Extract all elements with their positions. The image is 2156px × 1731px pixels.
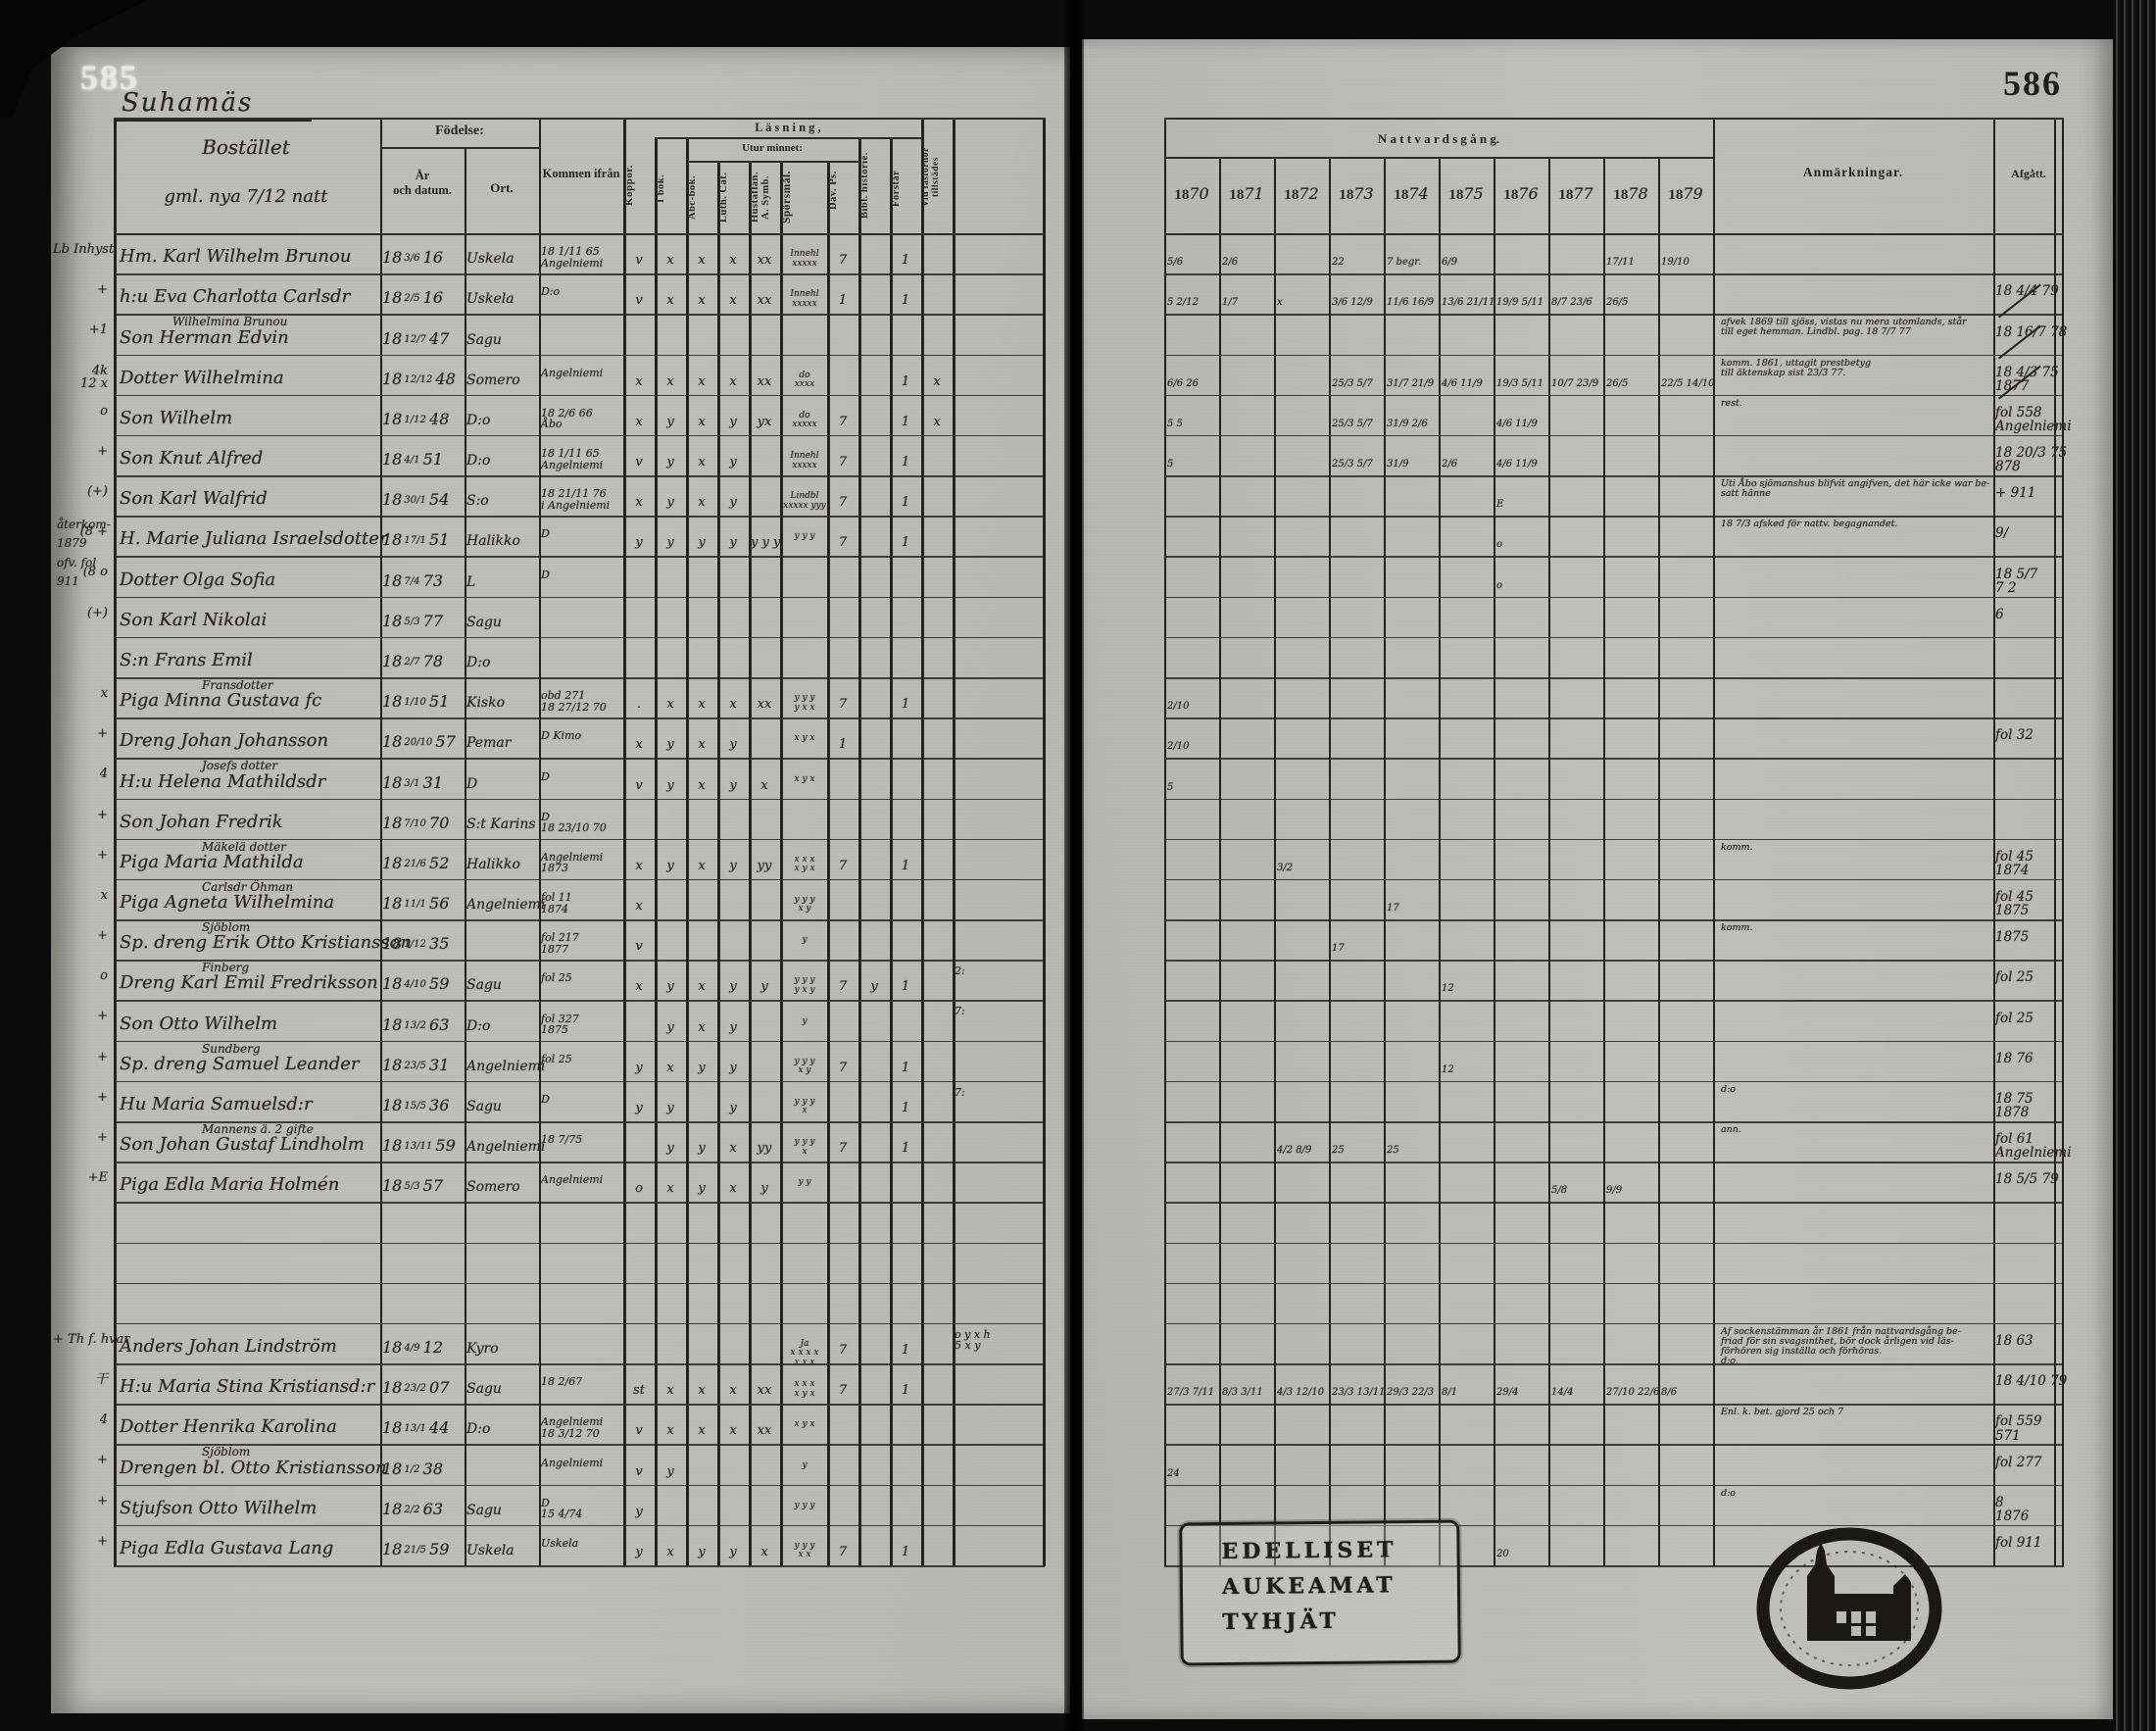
- reading-mark-ib: y: [657, 779, 684, 793]
- birth-place: Uskela: [466, 292, 537, 307]
- entry-name: Anders Johan Lindström: [120, 1338, 376, 1357]
- anmarkningar-header: Anmärkningar.: [1713, 165, 1993, 180]
- reading-mark-hust: yy: [751, 1142, 778, 1156]
- stamp-line: TYHJÄT: [1222, 1607, 1457, 1636]
- row-line: [1164, 717, 2064, 719]
- kommen-ifran-value: 18 1/11 65Angelniemi: [541, 448, 623, 470]
- kommen-ifran-value: fol 25: [541, 972, 623, 984]
- birth-date: 18 1/12 35: [382, 936, 461, 953]
- nattvardsgang-header: N a t t v a r d s g å n g.: [1164, 131, 1713, 147]
- margin-mark: +: [53, 1454, 108, 1467]
- row-line: [1164, 1323, 2064, 1325]
- year-column-line: [1384, 157, 1386, 1566]
- sporsmal-marks: x y x: [782, 734, 827, 743]
- entry-name: Piga Minna Gustava fc: [120, 692, 376, 711]
- departed-value: fol 451874: [1995, 850, 2056, 877]
- reading-mark-fo: 1: [892, 496, 919, 510]
- communion-mark-1877: 5/8: [1551, 1186, 1602, 1197]
- birth-date: 18 4/1 51: [382, 452, 461, 469]
- reading-mark-fo: 1: [892, 1344, 919, 1358]
- communion-mark-1875: 4/6 11/9: [1442, 379, 1493, 390]
- departed-value: 18 76: [1995, 1052, 2056, 1065]
- communion-mark-1879: 8/6: [1661, 1388, 1712, 1399]
- entry-subname: Finberg: [202, 962, 378, 974]
- reading-mark-cat: x: [719, 1424, 747, 1438]
- reading-mark-k: .: [625, 698, 653, 712]
- communion-mark-1870: 2/10: [1167, 742, 1218, 753]
- kommen-ifran-value: D: [541, 1094, 623, 1106]
- sporsmal-marks: Jax x x xx x x: [782, 1340, 827, 1367]
- birth-place: S:o: [466, 494, 537, 509]
- communion-mark-1876: E: [1496, 500, 1547, 511]
- remark-note: d:o: [1721, 1489, 1987, 1499]
- communion-mark-1877: 14/4: [1551, 1388, 1602, 1399]
- communion-mark-1871: 8/3 3/11: [1222, 1388, 1273, 1399]
- communion-mark-1875: 12: [1442, 1065, 1493, 1076]
- header-line: [114, 233, 1045, 235]
- reading-mark-ib: y: [657, 738, 684, 752]
- entry-name: Piga Edla Maria Holmén: [120, 1176, 376, 1195]
- communion-mark-1872: 4/3 12/10: [1277, 1388, 1328, 1399]
- sporsmal-marks: y y yx x: [782, 1542, 827, 1560]
- row-line: [1164, 1283, 2064, 1285]
- column-line: [1713, 118, 1715, 1566]
- place-title: Suhamäs: [114, 88, 312, 122]
- reading-mark-k: x: [625, 980, 653, 994]
- communion-mark-1876: o: [1496, 581, 1547, 592]
- reading-mark-dav: 7: [829, 860, 857, 873]
- birth-date: 18 7/4 73: [382, 573, 461, 590]
- reading-mark-fo: 1: [892, 1062, 919, 1075]
- entry-name: Son Otto Wilhelm: [120, 1015, 376, 1034]
- bostalle-mantal: gml. nya 7/12 natt: [133, 186, 359, 207]
- reading-mark-abc: y: [688, 1062, 715, 1075]
- reading-mark-abc: x: [688, 1384, 715, 1398]
- year-column-line: [1439, 157, 1441, 1566]
- year-header-1875: 1875: [1439, 184, 1494, 204]
- entry-name: h:u Eva Charlotta Carlsdr: [120, 288, 376, 307]
- sporsmal-marks: x y x: [782, 1420, 827, 1429]
- row-line: [114, 1081, 1045, 1083]
- row-line: [1164, 597, 2064, 599]
- margin-mark: 4k12 x: [53, 365, 108, 391]
- reading-mark-k: x: [625, 860, 653, 873]
- margin-mark: (+): [53, 607, 108, 620]
- ar-och-datum-header: År och datum.: [382, 169, 463, 198]
- remark-note: ann.: [1721, 1125, 1987, 1135]
- communion-mark-1875: 6/9: [1442, 258, 1493, 269]
- header-line: [686, 161, 858, 163]
- reading-mark-ib: y: [657, 1142, 684, 1156]
- year-header-1879: 1879: [1658, 184, 1713, 204]
- row-line: [1164, 1081, 2064, 1083]
- reading-mark-hust: xx: [751, 294, 778, 308]
- reading-mark-dav: 7: [829, 496, 857, 510]
- departed-value: 18 4/10 79: [1995, 1374, 2056, 1388]
- communion-mark-1875: 12: [1442, 984, 1493, 995]
- year-header-1872: 1872: [1274, 184, 1329, 204]
- communion-mark-1870: 27/3 7/11: [1167, 1388, 1218, 1399]
- birth-place: Halikko: [466, 534, 537, 549]
- row-line: [114, 1565, 1045, 1567]
- entry-name: Dotter Olga Sofia: [120, 571, 376, 590]
- kommen-ifran-value: Uskela: [541, 1538, 623, 1550]
- communion-mark-1873: 22: [1332, 258, 1383, 269]
- year-header-1874: 1874: [1384, 184, 1439, 204]
- margin-mark: 4: [53, 767, 108, 781]
- birth-date: 18 17/1 51: [382, 532, 461, 549]
- margin-mark: +: [53, 727, 108, 741]
- birth-date: 18 3/1 31: [382, 775, 461, 792]
- row-line: [1164, 355, 2064, 357]
- entry-name: Piga Agneta Wilhelmina: [120, 894, 376, 913]
- row-line: [1164, 435, 2064, 437]
- bostalle-label: Bostället: [172, 135, 319, 159]
- entry-name: Dreng Johan Johansson: [120, 732, 376, 751]
- reading-mark-cat: x: [719, 1384, 747, 1398]
- kommen-ifran-value: fol 2171877: [541, 932, 623, 955]
- birth-date: 18 1/2 38: [382, 1461, 461, 1478]
- entry-name: Son Herman Edvin: [120, 329, 376, 348]
- remark-note: Uti Åbo sjömanshus blifvit angifven, det…: [1721, 479, 1987, 499]
- row-line: [114, 273, 1045, 275]
- remark-note: komm. 1861, uttagit prestbetygtill äkten…: [1721, 359, 1987, 378]
- birth-date: 18 21/5 59: [382, 1542, 461, 1558]
- row-line: [114, 475, 1045, 477]
- book-page-edges: [2113, 0, 2156, 1731]
- reading-mark-hust: yx: [751, 416, 778, 429]
- birth-date: 18 13/11 59: [382, 1138, 461, 1155]
- kommen-ifran-value: 18 2/67: [541, 1376, 623, 1388]
- reading-mark-dav: 7: [829, 1142, 857, 1156]
- remark-note: Af sockenstämman år 1861 från nattvardsg…: [1721, 1327, 1987, 1366]
- margin-mark: +: [53, 1535, 108, 1549]
- departed-value: + 911: [1995, 486, 2056, 500]
- margin-mark: +: [53, 809, 108, 822]
- kommen-ifran-value: D15 4/74: [541, 1498, 623, 1520]
- year-column-line: [1494, 157, 1495, 1566]
- reading-mark-dav: 7: [829, 1344, 857, 1358]
- entry-subname: Mannens ä. 2 gifte: [202, 1123, 378, 1136]
- left-table: Bostället gml. nya 7/12 natt Födelse: År…: [114, 118, 1045, 1566]
- stamp-line: EDELLISET: [1221, 1537, 1456, 1565]
- column-line: [623, 118, 626, 1566]
- year-column-line: [1603, 157, 1605, 1566]
- reading-mark-k: x: [625, 496, 653, 510]
- lasning-header: L ä s n i n g ,: [655, 121, 921, 135]
- birth-place: Kyro: [466, 1342, 537, 1357]
- reading-mark-abc: x: [688, 1424, 715, 1438]
- birth-date: 18 3/6 16: [382, 250, 461, 267]
- reading-mark-hust: yy: [751, 860, 778, 873]
- row-line: [114, 1162, 1045, 1163]
- communion-mark-1872: 4/2 8/9: [1277, 1146, 1328, 1157]
- year-column-line: [1548, 157, 1550, 1566]
- reading-mark-vid: x: [923, 416, 951, 429]
- margin-mark: +1: [53, 323, 108, 337]
- communion-mark-1875: 2/6: [1442, 460, 1493, 470]
- communion-mark-1877: 10/7 23/9: [1551, 379, 1602, 390]
- reading-mark-fo: 1: [892, 536, 919, 550]
- reading-mark-abc: x: [688, 980, 715, 994]
- row-line: [1164, 1485, 2064, 1487]
- reading-mark-k: v: [625, 1465, 653, 1479]
- reading-mark-abc: y: [688, 1182, 715, 1196]
- communion-mark-1873: 25/3 5/7: [1332, 420, 1383, 430]
- communion-mark-1876: 4/6 11/9: [1496, 420, 1547, 430]
- reading-mark-hust: x: [751, 1546, 778, 1559]
- reading-mark-vid: x: [923, 375, 951, 389]
- reading-mark-abc: x: [688, 779, 715, 793]
- kommen-ifran-value: Angelniemi: [541, 1174, 623, 1186]
- kommen-ifran-value: 18 21/11 76i Angelniemi: [541, 488, 623, 511]
- birth-date: 18 2/5 16: [382, 290, 461, 307]
- communion-mark-1874: 11/6 16/9: [1387, 298, 1438, 309]
- row-line: [1164, 839, 2064, 841]
- birth-date: 18 21/6 52: [382, 856, 461, 872]
- birth-date: 18 23/5 31: [382, 1058, 461, 1074]
- row-line: [114, 799, 1045, 801]
- birth-date: 18 23/2 07: [382, 1380, 461, 1397]
- book-gutter-shadow: [1064, 0, 1084, 1731]
- margin-mark: 4: [53, 1413, 108, 1427]
- communion-mark-1874: 31/9 2/6: [1387, 420, 1438, 430]
- row-line: [114, 717, 1045, 719]
- column-line: [858, 137, 861, 1566]
- entry-name: Drengen bl. Otto Kristiansson: [120, 1459, 376, 1478]
- header-line: [1164, 233, 2064, 235]
- reading-mark-k: y: [625, 1546, 653, 1559]
- reading-mark-fo: 1: [892, 980, 919, 994]
- column-line: [655, 137, 658, 1566]
- reading-mark-cat: x: [719, 1142, 747, 1156]
- birth-place: Somero: [466, 373, 537, 388]
- communion-mark-1876: 4/6 11/9: [1496, 460, 1547, 470]
- birth-date: 18 13/2 63: [382, 1017, 461, 1034]
- reading-mark-ib: y: [657, 1021, 684, 1035]
- kommen-ifran-value: D:o: [541, 286, 623, 298]
- row-line: [114, 1404, 1045, 1406]
- reading-mark-hust: xx: [751, 254, 778, 268]
- reading-mark-ib: x: [657, 1062, 684, 1075]
- sporsmal-header: Spörsmål.: [781, 163, 826, 231]
- birth-date: 18 12/7 47: [382, 331, 461, 348]
- row-line: [114, 1525, 1045, 1527]
- kommen-ifran-value: Angelniemi: [541, 368, 623, 379]
- reading-mark-k: x: [625, 900, 653, 914]
- reading-mark-cat: x: [719, 294, 747, 308]
- entry-name: Son Knut Alfred: [120, 450, 376, 469]
- year-column-line: [1164, 118, 1166, 1566]
- birth-date: 18 5/3 77: [382, 614, 461, 630]
- ort-header: Ort.: [465, 180, 539, 196]
- reading-mark-cat: y: [719, 496, 747, 510]
- birth-place: Angelniemi: [466, 1140, 537, 1155]
- entry-subname: Mäkelä dotter: [202, 841, 378, 854]
- kommen-ifran-value: D Kimo: [541, 730, 623, 742]
- communion-mark-1874: 31/7 21/9: [1387, 379, 1438, 390]
- kommen-ifran-value: 18 7/75: [541, 1134, 623, 1146]
- margin-mark: 干: [53, 1373, 108, 1387]
- row-line: [114, 1323, 1045, 1325]
- reading-mark-k: x: [625, 416, 653, 429]
- kommen-ifran-value: D18 23/10 70: [541, 812, 623, 834]
- reading-mark-ib: x: [657, 698, 684, 712]
- sporsmal-marks: x x xx y x: [782, 1380, 827, 1399]
- header-line: [380, 147, 539, 149]
- birth-place: Sagu: [466, 978, 537, 993]
- reading-mark-abc: x: [688, 738, 715, 752]
- reading-mark-dav: 1: [829, 738, 857, 752]
- remark-note: komm.: [1721, 843, 1987, 853]
- birth-place: Halikko: [466, 858, 537, 872]
- margin-mark: +: [53, 1010, 108, 1023]
- margin-mark: +: [53, 1091, 108, 1105]
- entry-name: H. Marie Juliana Israelsdotter: [120, 530, 376, 549]
- remark-note: rest.: [1721, 399, 1987, 409]
- forstar-header: Förstår: [891, 145, 920, 231]
- departed-value: 18 751878: [1995, 1092, 2056, 1119]
- right-page-586: 586 N a t t v a r d s g å n g. Anmärknin…: [1082, 39, 2113, 1719]
- communion-mark-1870: 5: [1167, 460, 1218, 470]
- reading-mark-ib: y: [657, 456, 684, 470]
- reading-mark-bibl: y: [860, 980, 888, 994]
- header-line: [114, 118, 1045, 120]
- communion-mark-1878: 26/5: [1606, 379, 1657, 390]
- departed-value: fol 25: [1995, 1012, 2056, 1025]
- communion-mark-1879: 22/5 14/10: [1661, 379, 1712, 390]
- birth-place: Pemar: [466, 736, 537, 751]
- reading-mark-cat: x: [719, 375, 747, 389]
- row-line: [114, 1283, 1045, 1285]
- year-column-line: [1274, 157, 1276, 1566]
- communion-mark-1871: 2/6: [1222, 258, 1273, 269]
- row-line: [114, 1202, 1045, 1204]
- year-header-1876: 1876: [1494, 184, 1548, 204]
- entry-subname: Josefs dotter: [202, 760, 378, 772]
- row-line: [114, 556, 1045, 558]
- entry-name: Son Johan Fredrik: [120, 814, 376, 832]
- reading-mark-k: v: [625, 456, 653, 470]
- birth-place: S:t Karins: [466, 817, 537, 832]
- departed-value: 18 5/5 79: [1995, 1172, 2056, 1186]
- reading-mark-cat: y: [719, 1021, 747, 1035]
- birth-date: 18 13/1 44: [382, 1420, 461, 1437]
- birth-place: Angelniemi: [466, 898, 537, 913]
- reading-mark-k: v: [625, 779, 653, 793]
- departed-value: fol 277: [1995, 1456, 2056, 1469]
- reading-mark-cat: y: [719, 738, 747, 752]
- row-line: [1164, 1041, 2064, 1043]
- bibl-historie-header: Bibl. historie.: [859, 139, 889, 231]
- birth-date: 18 2/7 78: [382, 654, 461, 670]
- row-line: [1164, 879, 2064, 881]
- year-column-line: [1329, 157, 1331, 1566]
- birth-date: 18 30/1 54: [382, 492, 461, 509]
- entry-name: Dotter Wilhelmina: [120, 370, 376, 388]
- departed-value: 1875: [1995, 930, 2056, 944]
- row-line: [1164, 799, 2064, 801]
- row-line: [1164, 637, 2064, 639]
- abc-bok-header: Abc-bok.: [687, 163, 716, 231]
- entry-name: Piga Maria Mathilda: [120, 854, 376, 872]
- birth-date: 18 20/10 57: [382, 734, 461, 751]
- page-number-right: 586: [2003, 63, 2062, 104]
- reading-mark-cat: y: [719, 456, 747, 470]
- church-seal-stamp: [1756, 1525, 1942, 1697]
- birth-place: Sagu: [466, 616, 537, 630]
- column-line: [114, 118, 117, 1566]
- row-line: [1164, 314, 2064, 316]
- reading-mark-ib: y: [657, 536, 684, 550]
- birth-date: 18 4/10 59: [382, 976, 461, 993]
- entry-name: Sp. dreng Samuel Leander: [120, 1056, 376, 1074]
- entry-name: Son Wilhelm: [120, 410, 376, 428]
- stamp-line: AUKEAMAT: [1222, 1572, 1457, 1601]
- reading-mark-dav: 7: [829, 536, 857, 550]
- communion-mark-1870: 6/6 26: [1167, 379, 1218, 390]
- reading-mark-fo: 1: [892, 860, 919, 873]
- year-header-1870: 1870: [1164, 184, 1219, 204]
- reading-mark-cat: x: [719, 1182, 747, 1196]
- communion-mark-1875: 13/6 21/11: [1442, 298, 1493, 309]
- communion-mark-1873: 17: [1332, 944, 1383, 955]
- i-bok-header: I bok.: [656, 145, 685, 231]
- year-header-1873: 1873: [1329, 184, 1384, 204]
- communion-mark-1874: 25: [1387, 1146, 1438, 1157]
- margin-mark: +: [53, 1495, 108, 1508]
- birth-place: D: [466, 777, 537, 792]
- communion-mark-1870: 5: [1167, 783, 1218, 794]
- reading-mark-k: y: [625, 1102, 653, 1115]
- birth-date: 18 1/12 48: [382, 412, 461, 428]
- margin-mark: o: [53, 969, 108, 983]
- scanned-parish-register-spread: 585 Suhamäs Bostället gml. nya 7/12 natt…: [0, 0, 2156, 1731]
- extra-marks: o y x h5 x y: [955, 1329, 1039, 1352]
- reading-mark-cat: y: [719, 1102, 747, 1115]
- column-line: [1043, 118, 1046, 1566]
- margin-mark: +: [53, 445, 108, 459]
- birth-date: 18 5/3 57: [382, 1178, 461, 1195]
- reading-mark-k: v: [625, 294, 653, 308]
- entry-subname: Fransdotter: [202, 679, 378, 692]
- birth-date: 18 12/12 48: [382, 371, 461, 388]
- reading-mark-fo: 1: [892, 1384, 919, 1398]
- row-line: [1164, 1243, 2064, 1245]
- birth-date: 18 15/5 36: [382, 1098, 461, 1114]
- departed-value: fol 451875: [1995, 890, 2056, 917]
- kommen-ifran-value: fol 3271875: [541, 1014, 623, 1036]
- row-line: [114, 1000, 1045, 1002]
- reading-mark-abc: x: [688, 456, 715, 470]
- birth-place: Somero: [466, 1180, 537, 1195]
- margin-mark: +E: [53, 1171, 108, 1185]
- communion-mark-1876: 19/9 5/11: [1496, 298, 1547, 309]
- departed-value: 9/: [1995, 526, 2056, 540]
- row-line: [114, 1363, 1045, 1365]
- margin-mark: Lb Inhyst: [53, 243, 108, 257]
- margin-mark: o: [53, 405, 108, 419]
- header-line: [1164, 118, 2064, 120]
- reading-mark-fo: 1: [892, 1102, 919, 1115]
- communion-mark-1873: 3/6 12/9: [1332, 298, 1383, 309]
- reading-mark-hust: y: [751, 1182, 778, 1196]
- reading-mark-abc: x: [688, 375, 715, 389]
- communion-mark-1873: 25/3 5/7: [1332, 460, 1383, 470]
- kommen-ifran-value: 18 2/6 66Åbo: [541, 408, 623, 430]
- sporsmal-marks: y: [782, 1461, 827, 1470]
- reading-mark-dav: 7: [829, 456, 857, 470]
